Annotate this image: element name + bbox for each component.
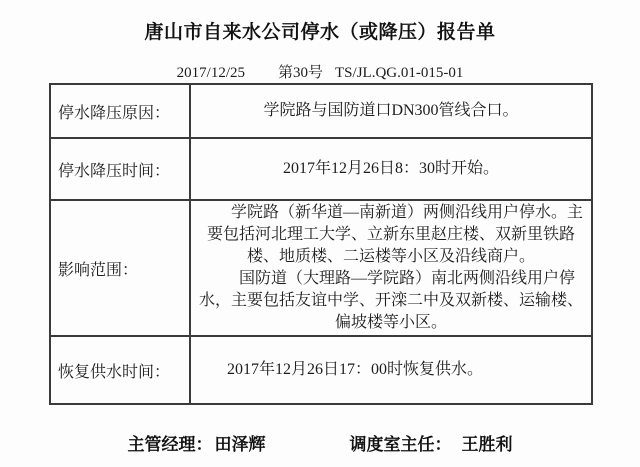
director-signature: 调度室主任：王胜利 <box>350 430 513 455</box>
table-row-restore-time: 恢复供水时间： 2017年12月26日17：00时恢复供水。 <box>51 335 591 403</box>
director-label: 调度室主任： <box>350 435 452 454</box>
director-name: 王胜利 <box>462 435 513 454</box>
table-row-stop-time: 停水降压时间： 2017年12月26日8：30时开始。 <box>51 137 591 199</box>
manager-name: 田泽辉 <box>215 435 266 454</box>
report-table: 停水降压原因： 学院路与国防道口DN300管线合口。 停水降压时间： 2017年… <box>49 83 593 405</box>
affected-area-value: 学院路（新华道—南新道）两侧沿线用户停水。主 要包括河北理工大学、立新东里赵庄楼… <box>191 201 591 335</box>
manager-label: 主管经理： <box>128 435 213 454</box>
report-page: 唐山市自来水公司停水（或降压）报告单 2017/12/25 第30号 TS/JL… <box>0 0 640 467</box>
document-code: TS/JL.QG.01-015-01 <box>335 65 463 82</box>
reason-label: 停水降压原因： <box>51 85 191 137</box>
page-title: 唐山市自来水公司停水（或降压）报告单 <box>0 17 640 44</box>
report-date: 2017/12/25 <box>177 65 245 82</box>
issue-number: 第30号 <box>278 61 323 82</box>
table-row-affected-area: 影响范围： 学院路（新华道—南新道）两侧沿线用户停水。主 要包括河北理工大学、立… <box>51 199 591 335</box>
affected-area-label: 影响范围： <box>51 201 191 335</box>
restore-time-value: 2017年12月26日17：00时恢复供水。 <box>191 337 591 403</box>
stop-time-label: 停水降压时间： <box>51 139 191 199</box>
meta-line: 2017/12/25 第30号 TS/JL.QG.01-015-01 <box>0 61 640 82</box>
manager-signature: 主管经理：田泽辉 <box>128 430 266 455</box>
restore-time-label: 恢复供水时间： <box>51 337 191 403</box>
reason-value: 学院路与国防道口DN300管线合口。 <box>191 85 591 137</box>
signature-line: 主管经理：田泽辉 调度室主任：王胜利 <box>0 430 640 455</box>
stop-time-value: 2017年12月26日8：30时开始。 <box>191 139 591 199</box>
table-row-reason: 停水降压原因： 学院路与国防道口DN300管线合口。 <box>51 85 591 137</box>
